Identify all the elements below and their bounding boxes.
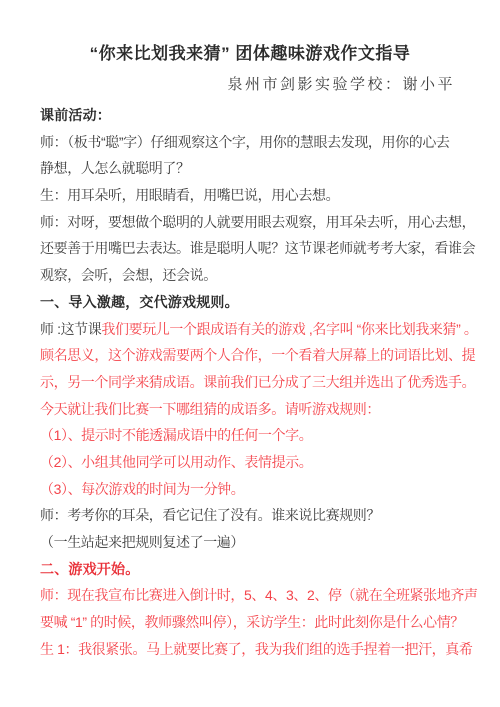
text-line: 师 :这节课我们要玩儿一个跟成语有关的游戏 ,名字叫 “你来比划我来猜” 。 — [40, 316, 470, 343]
text-line: （一生站起来把规则复述了一遍） — [40, 529, 470, 556]
text-segment: 示，另一个同学来猜成语。课前我们已分成了三大组并选出了优秀选手。 — [40, 374, 475, 390]
text-segment: （1）、提示时不能透漏成语中的任何一个字。 — [40, 427, 312, 443]
text-segment: （3）、每次游戏的时间为一分钟。 — [40, 481, 244, 497]
text-line: （3）、每次游戏的时间为一分钟。 — [40, 476, 470, 503]
text-segment: 生：用耳朵听，用眼睛看，用嘴巴说，用心去想。 — [40, 187, 339, 203]
text-line: 师：现在我宣布比赛进入倒计时，5、4、3、2、停（就在全班紧张地齐声 — [40, 582, 470, 609]
text-segment: 师：对呀，要想做个聪明的人就要用眼去观察，用耳朵去听，用心去想， — [40, 214, 475, 230]
text-segment: 师：考考你的耳朵，看它记住了没有。谁来说比赛规则？ — [40, 507, 380, 523]
text-segment: （2）、小组其他同学可以用动作、表情提示。 — [40, 454, 312, 470]
page-title: “你来比划我来猜” 团体趣味游戏作文指导 — [0, 44, 500, 64]
document-page: “你来比划我来猜” 团体趣味游戏作文指导 泉州市剑影实验学校：谢小平 课前活动：… — [0, 0, 500, 707]
text-segment: （一生站起来把规则复述了一遍） — [40, 534, 244, 550]
text-segment: 静想，人怎么就聪明了？ — [40, 160, 190, 176]
text-line: 师：（板书“聪”字）仔细观察这个字，用你的慧眼去发现，用你的心去 — [40, 129, 470, 156]
text-line: 二、游戏开始。 — [40, 556, 470, 583]
text-segment: 一、导入激趣，交代游戏规则。 — [40, 294, 239, 310]
text-segment: 今天就让我们比赛一下哪组猜的成语多。请听游戏规则： — [40, 401, 380, 417]
text-segment: 课前活动： — [40, 107, 111, 123]
text-line: 观察，会听，会想，还会说。 — [40, 262, 470, 289]
text-line: 一、导入激趣，交代游戏规则。 — [40, 289, 470, 316]
document-body: 课前活动：师：（板书“聪”字）仔细观察这个字，用你的慧眼去发现，用你的心去静想，… — [0, 102, 500, 662]
text-line: （1）、提示时不能透漏成语中的任何一个字。 — [40, 422, 470, 449]
text-line: 今天就让我们比赛一下哪组猜的成语多。请听游戏规则： — [40, 396, 470, 423]
text-line: 顾名思义，这个游戏需要两个人合作，一个看着大屏幕上的词语比划、提 — [40, 342, 470, 369]
text-line: 示，另一个同学来猜成语。课前我们已分成了三大组并选出了优秀选手。 — [40, 369, 470, 396]
text-line: 生：用耳朵听，用眼睛看，用嘴巴说，用心去想。 — [40, 182, 470, 209]
text-segment: 师：（板书“聪”字）仔细观察这个字，用你的慧眼去发现，用你的心去 — [40, 134, 450, 150]
text-segment: 师：现在我宣布比赛进入倒计时，5、4、3、2、停（就在全班紧张地齐声 — [40, 587, 478, 603]
author-byline: 泉州市剑影实验学校：谢小平 — [0, 74, 500, 94]
text-segment: 观察，会听，会想，还会说。 — [40, 267, 217, 283]
text-segment: 我们要玩儿一个跟成语有关的游戏 ,名字叫 “你来比划我来猜” 。 — [101, 321, 477, 337]
text-segment: 顾名思义，这个游戏需要两个人合作，一个看着大屏幕上的词语比划、提 — [40, 347, 475, 363]
text-line: 生 1：我很紧张。马上就要比赛了，我为我们组的选手捏着一把汗，真希 — [40, 636, 470, 663]
text-segment: 还要善于用嘴巴去表达。谁是聪明人呢？这节课老师就考考大家，看谁会 — [40, 240, 475, 256]
text-line: 师：对呀，要想做个聪明的人就要用眼去观察，用耳朵去听，用心去想， — [40, 209, 470, 236]
text-segment: 要喊 “1” 的时候，教师骤然叫停），采访学生：此时此刻你是什么心情？ — [40, 614, 464, 630]
text-line: 静想，人怎么就聪明了？ — [40, 155, 470, 182]
text-line: 师：考考你的耳朵，看它记住了没有。谁来说比赛规则？ — [40, 502, 470, 529]
text-line: 要喊 “1” 的时候，教师骤然叫停），采访学生：此时此刻你是什么心情？ — [40, 609, 470, 636]
text-segment: 师 :这节课 — [40, 321, 101, 337]
text-segment: 二、游戏开始。 — [40, 561, 139, 577]
text-line: 还要善于用嘴巴去表达。谁是聪明人呢？这节课老师就考考大家，看谁会 — [40, 235, 470, 262]
text-segment: 生 1：我很紧张。马上就要比赛了，我为我们组的选手捏着一把汗，真希 — [40, 641, 472, 657]
text-line: 课前活动： — [40, 102, 470, 129]
text-line: （2）、小组其他同学可以用动作、表情提示。 — [40, 449, 470, 476]
